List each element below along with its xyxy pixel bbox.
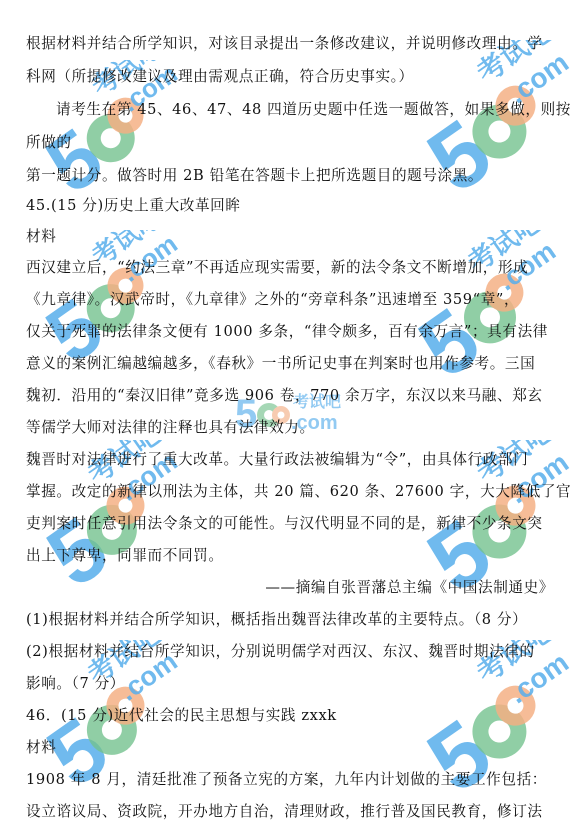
material-paragraph-line: 仅关于死罪的法律条文便有 1000 多条，“律令颇多，百有余万言”；具有法律 [26, 322, 548, 342]
text-line: 根据材料并结合所学知识，对该目录提出一条修改建议，并说明修改理由。学 [26, 34, 543, 54]
text-line: 所做的 [26, 133, 72, 153]
material-paragraph-line: 掌握。改定的新律以刑法为主体，共 20 篇、620 条、27600 字，大大降低… [26, 482, 571, 502]
material-paragraph-line: 等儒学大师对法律的注释也具有法律效力。 [26, 418, 315, 438]
document-page: 根据材料并结合所学知识，对该目录提出一条修改建议，并说明修改理由。学 科网（所提… [0, 0, 580, 820]
sub-question-1: (1)根据材料并结合所学知识，概括指出魏晋法律改革的主要特点。（8 分） [26, 610, 527, 630]
sub-question-2-continued: 影响。（7 分） [26, 674, 125, 694]
instruction-line: 请考生在第 45、46、47、48 四道历史题中任选一题做答，如果多做，则按 [56, 100, 571, 120]
question-46-title: 46．(15 分)近代社会的民主思想与实践 zxxk [26, 706, 337, 726]
material-paragraph-line: 吏判案时任意引用法令条文的可能性。与汉代明显不同的是，新律不少条文突 [26, 514, 543, 534]
material-paragraph-line: 魏晋时对法律进行了重大改革。大量行政法被编辑为“令”，由具体行政部门 [26, 450, 528, 470]
material-paragraph-line: 西汉建立后，“约法三章”不再适应现实需要，新的法令条文不断增加，形成 [26, 258, 528, 278]
material-paragraph-line: 1908 年 8 月，清廷批准了预备立宪的方案，九年内计划做的主要工作包括： [26, 770, 547, 790]
material-label: 材料 [26, 227, 56, 247]
material-paragraph-line: 出上下尊卑，同罪而不同罚。 [26, 546, 224, 566]
material-label: 材料 [26, 738, 56, 758]
text-line: 科网（所提修改建议及理由需观点正确，符合历史事实。） [26, 67, 414, 87]
material-paragraph-line: 《九章律》。汉武帝时，《九章律》之外的“旁章科条”迅速增至 359“章”， [26, 290, 519, 310]
text-line: 第一题计分。做答时用 2B 铅笔在答题卡上把所选题目的题号涂黑。 [26, 166, 483, 186]
question-45-title: 45.(15 分)历史上重大改革回眸 [26, 196, 241, 216]
source-citation: ——摘编自张晋藩总主编《中国法制通史》 [265, 578, 554, 598]
sub-question-2: (2)根据材料并结台所学知识，分别说明儒学对西汉、东汉、魏晋时期法律的 [26, 642, 535, 662]
material-paragraph-line: 魏初．沿用的“秦汉旧律”竟多选 906 卷，770 余万字，东汉以来马融、郑玄 [26, 386, 543, 406]
material-paragraph-line: 意义的案例汇编越编越多，《春秋》一书所记史事在判案时也用作参考。三国 [26, 354, 535, 374]
material-paragraph-line: 设立谘议局、资政院，开办地方自治，清理财政，推行普及国民教育，修订法 [26, 802, 543, 820]
